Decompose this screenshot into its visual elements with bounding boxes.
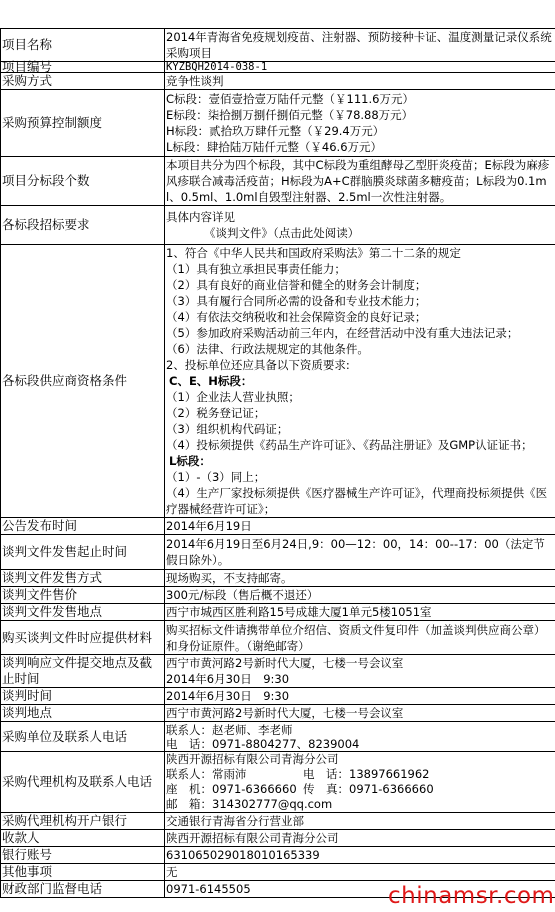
value-other: 无	[165, 864, 555, 881]
qual-line: （1）具有独立承担民事责任能力；	[166, 261, 554, 277]
value-method: 竞争性谈判	[165, 73, 555, 90]
qual-l-line: （4）生产厂家投标须提供《医疗器械生产许可证》，代理商投标须提供《医疗器械经营许…	[166, 485, 554, 517]
row-lots: 项目分标段个数 本项目共分为四个标段，其中C标段为重组酵母乙型肝炎疫苗；E标段为…	[1, 157, 555, 206]
label-sale-location: 谈判文件发售地点	[1, 604, 165, 621]
budget-lot-h: H标段：贰拾玖万肆仟元整（￥29.4万元）	[166, 123, 554, 139]
label-purchaser-contact: 采购单位及联系人电话	[1, 722, 165, 752]
label-price: 谈判文件售价	[1, 587, 165, 604]
qual-ceh-line: （1）企业法人营业执照；	[166, 389, 554, 405]
value-submission: 西宁市黄河路2号新时代大厦，七楼一号会议室 2014年6月30日 9:30	[165, 655, 555, 688]
qual-line: 1、符合《中华人民共和国政府采购法》第二十二条的规定	[166, 245, 554, 261]
label-budget: 采购预算控制额度	[1, 90, 165, 157]
label-method: 采购方式	[1, 73, 165, 90]
label-project-no: 项目编号	[1, 62, 165, 73]
row-method: 采购方式 竞争性谈判	[1, 73, 555, 90]
value-purchaser-contact: 联系人：赵老师、李老师 电 话：0971-8804277、8239004	[165, 722, 555, 752]
label-requirements: 各标段招标要求	[1, 206, 165, 245]
qual-line: （2）具有良好的商业信誉和健全的财务会计制度；	[166, 277, 554, 293]
value-negotiation-time: 2014年6月30日 9:30	[165, 688, 555, 705]
value-lots: 本项目共分为四个标段，其中C标段为重组酵母乙型肝炎疫苗；E标段为麻疹风疹联合减毒…	[165, 157, 555, 206]
row-submission: 谈判响应文件提交地点及截止时间 西宁市黄河路2号新时代大厦，七楼一号会议室 20…	[1, 655, 555, 688]
value-sale-location: 西宁市城西区胜利路15号成雄大厦1单元5楼1051室	[165, 604, 555, 621]
label-publish-date: 公告发布时间	[1, 518, 165, 535]
label-agency-contact: 采购代理机构及联系人电话	[1, 752, 165, 813]
watermark-logo: chinamsr.com	[388, 883, 554, 909]
agency-mobile: 电 话：13897661962	[303, 767, 429, 781]
row-materials: 购买谈判文件时应提供材料 购买招标文件请携带单位介绍信、资质文件复印件（加盖谈判…	[1, 621, 555, 655]
value-requirements: 具体内容详见 《谈判文件》（点击此处阅读）	[165, 206, 555, 245]
submission-place: 西宁市黄河路2号新时代大厦，七楼一号会议室	[166, 655, 554, 671]
qual-line: （5）参加政府采购活动前三年内，在经营活动中没有重大违法记录；	[166, 325, 554, 341]
agency-company: 陕西开源招标有限公司青海分公司	[166, 752, 554, 767]
row-project-name: 项目名称 2014年青海省免疫规划疫苗、注射器、预防接种卡证、温度测量记录仪系统…	[1, 29, 555, 62]
row-payee: 收款人 陕西开源招标有限公司青海分公司	[1, 830, 555, 847]
row-price: 谈判文件售价 300元/标段（售后概不退还）	[1, 587, 555, 604]
row-account: 银行账号 631065029018010165339	[1, 847, 555, 864]
label-project-name: 项目名称	[1, 29, 165, 62]
qual-line: （4）有依法交纳税收和社会保障资金的良好记录；	[166, 309, 554, 325]
label-account: 银行账号	[1, 847, 165, 864]
submission-deadline: 2014年6月30日 9:30	[166, 671, 554, 687]
row-budget: 采购预算控制额度 C标段：壹佰壹拾壹万陆仟元整（￥111.6万元） E标段：柒拾…	[1, 90, 555, 157]
qual-ceh-line: （4）投标须提供《药品生产许可证》、《药品注册证》及GMP认证证书；	[166, 437, 554, 453]
row-negotiation-place: 谈判地点 西宁市黄河路2号新时代大厦，七楼一号会议室	[1, 705, 555, 722]
label-sale-method: 谈判文件发售方式	[1, 570, 165, 587]
row-sale-location: 谈判文件发售地点 西宁市城西区胜利路15号成雄大厦1单元5楼1051室	[1, 604, 555, 621]
negotiation-doc-link[interactable]: 《谈判文件》（点击此处阅读）	[204, 226, 359, 240]
label-negotiation-place: 谈判地点	[1, 705, 165, 722]
value-qualifications: 1、符合《中华人民共和国政府采购法》第二十二条的规定 （1）具有独立承担民事责任…	[165, 245, 555, 518]
agency-landline: 座 机：0971-6366660	[166, 782, 303, 797]
label-negotiation-time: 谈判时间	[1, 688, 165, 705]
row-publish-date: 公告发布时间 2014年6月19日	[1, 518, 555, 535]
label-qualifications: 各标段供应商资格条件	[1, 245, 165, 518]
row-sale-method: 谈判文件发售方式 现场购买，不支持邮寄。	[1, 570, 555, 587]
value-publish-date: 2014年6月19日	[165, 518, 555, 535]
row-agency-contact: 采购代理机构及联系人电话 陕西开源招标有限公司青海分公司 联系人：常雨沛电 话：…	[1, 752, 555, 813]
value-sale-period: 2014年6月19日至6月24日,9：00—12：00，14：00--17：00…	[165, 535, 555, 570]
value-bank: 交通银行青海省分行营业部	[165, 813, 555, 830]
row-requirements: 各标段招标要求 具体内容详见 《谈判文件》（点击此处阅读）	[1, 206, 555, 245]
qual-ceh-heading: C、E、H标段：	[166, 373, 554, 389]
requirements-intro: 具体内容详见	[166, 209, 554, 225]
qual-line: （3）具有履行合同所必需的设备和专业技术能力；	[166, 293, 554, 309]
purchaser-contact-phone: 电 话：0971-8804277、8239004	[166, 737, 554, 751]
budget-lot-e: E标段：柒拾捌万捌仟捌佰元整（￥78.88万元）	[166, 107, 554, 123]
qual-line: 2、投标单位还应具备以下资质要求:	[166, 357, 554, 373]
row-sale-period: 谈判文件发售起止时间 2014年6月19日至6月24日,9：00—12：00，1…	[1, 535, 555, 570]
value-account: 631065029018010165339	[165, 847, 555, 864]
qual-ceh-line: （3）组织机构代码证；	[166, 421, 554, 437]
purchaser-contact-name: 联系人：赵老师、李老师	[166, 723, 554, 737]
value-materials: 购买招标文件请携带单位介绍信、资质文件复印件（加盖谈判供应商公章）和身份证原件。…	[165, 621, 555, 655]
budget-lot-c: C标段：壹佰壹拾壹万陆仟元整（￥111.6万元）	[166, 91, 554, 107]
row-negotiation-time: 谈判时间 2014年6月30日 9:30	[1, 688, 555, 705]
agency-email: 邮 箱：314302777@qq.com	[166, 797, 554, 812]
value-budget: C标段：壹佰壹拾壹万陆仟元整（￥111.6万元） E标段：柒拾捌万捌仟捌佰元整（…	[165, 90, 555, 157]
value-sale-method: 现场购买，不支持邮寄。	[165, 570, 555, 587]
qual-ceh-line: （2）税务登记证；	[166, 405, 554, 421]
row-purchaser-contact: 采购单位及联系人电话 联系人：赵老师、李老师 电 话：0971-8804277、…	[1, 722, 555, 752]
label-other: 其他事项	[1, 864, 165, 881]
agency-contact-name: 联系人：常雨沛	[166, 767, 303, 782]
row-qualifications: 各标段供应商资格条件 1、符合《中华人民共和国政府采购法》第二十二条的规定 （1…	[1, 245, 555, 518]
value-project-name: 2014年青海省免疫规划疫苗、注射器、预防接种卡证、温度测量记录仪系统采购项目	[165, 29, 555, 62]
label-bank: 采购代理机构开户银行	[1, 813, 165, 830]
budget-lot-l: L标段：肆拾陆万陆仟元整（￥46.6万元）	[166, 139, 554, 155]
agency-fax: 传 真：0971-6366660	[303, 782, 434, 796]
procurement-info-table: 项目名称 2014年青海省免疫规划疫苗、注射器、预防接种卡证、温度测量记录仪系统…	[0, 28, 555, 898]
label-payee: 收款人	[1, 830, 165, 847]
qual-line: （6）法律、行政法规规定的其他条件。	[166, 341, 554, 357]
label-submission: 谈判响应文件提交地点及截止时间	[1, 655, 165, 688]
qual-l-heading: L标段：	[166, 453, 554, 469]
row-other: 其他事项 无	[1, 864, 555, 881]
value-price: 300元/标段（售后概不退还）	[165, 587, 555, 604]
label-sale-period: 谈判文件发售起止时间	[1, 535, 165, 570]
label-supervision: 财政部门监督电话	[1, 881, 165, 898]
label-materials: 购买谈判文件时应提供材料	[1, 621, 165, 655]
value-project-no: KYZBQH2014-038-1	[165, 62, 555, 73]
value-payee: 陕西开源招标有限公司青海分公司	[165, 830, 555, 847]
value-negotiation-place: 西宁市黄河路2号新时代大厦，七楼一号会议室	[165, 705, 555, 722]
qual-l-line: （1）-（3）同上；	[166, 469, 554, 485]
label-lots: 项目分标段个数	[1, 157, 165, 206]
row-bank: 采购代理机构开户银行 交通银行青海省分行营业部	[1, 813, 555, 830]
row-project-no: 项目编号 KYZBQH2014-038-1	[1, 62, 555, 73]
value-agency-contact: 陕西开源招标有限公司青海分公司 联系人：常雨沛电 话：13897661962 座…	[165, 752, 555, 813]
